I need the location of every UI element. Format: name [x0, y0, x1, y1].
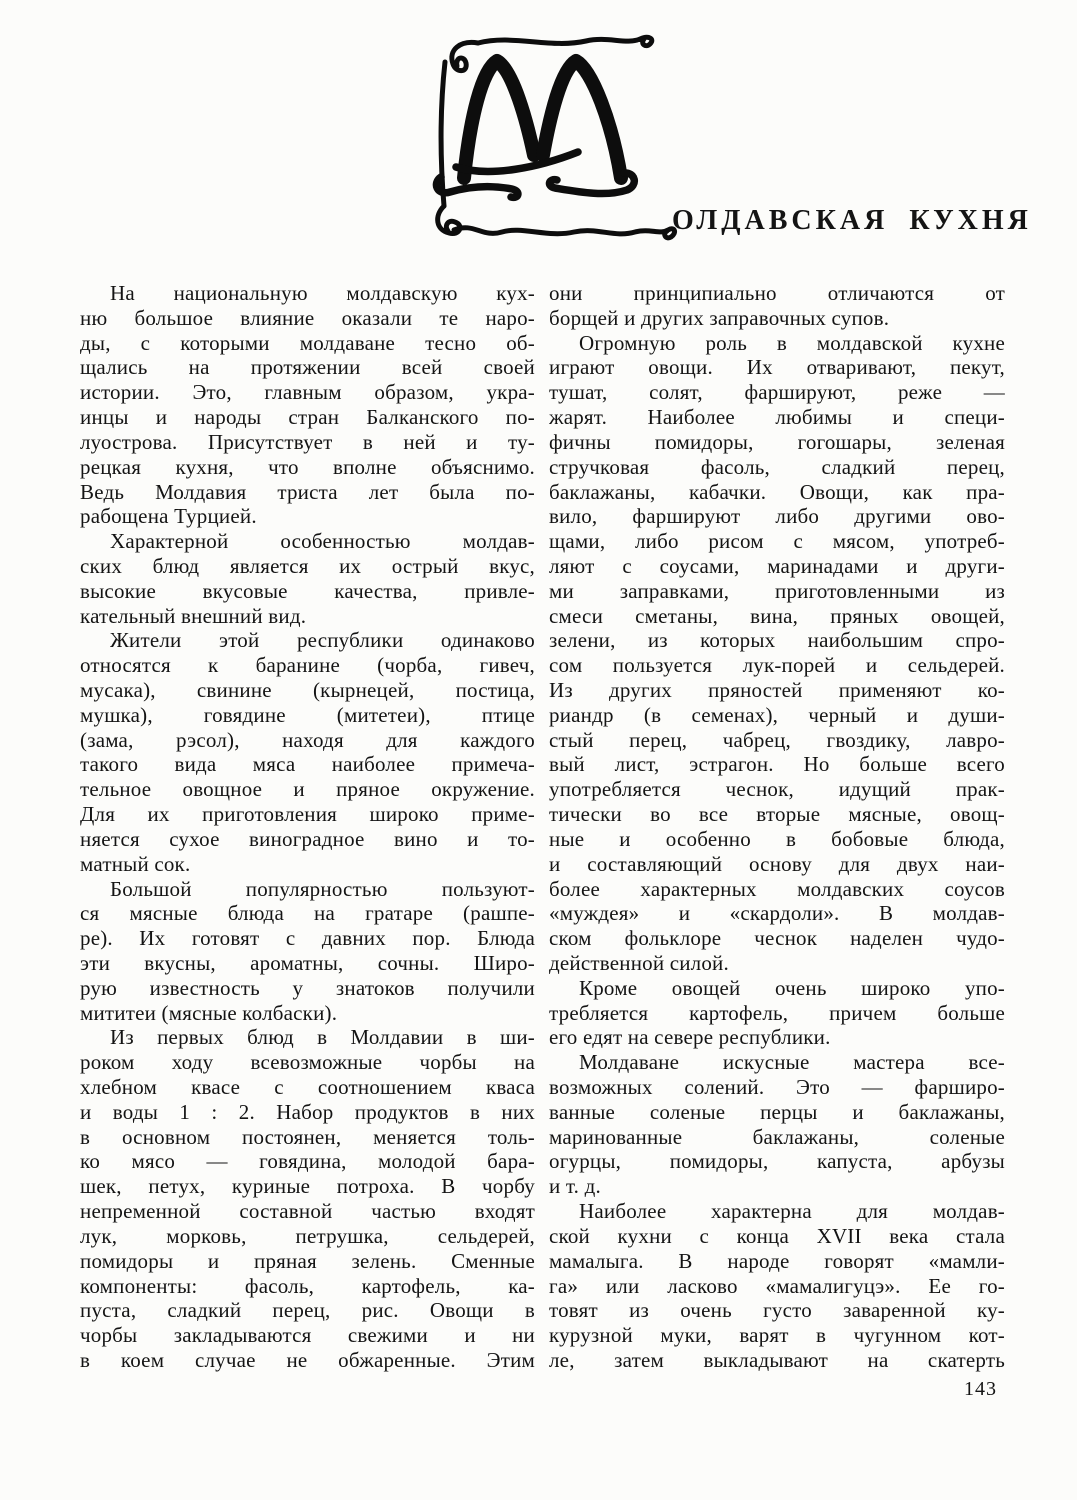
paragraph: они принципиально отличаются отборщей и … [549, 281, 1005, 331]
text-line: ды, с которыми молдаване тесно об- [80, 331, 535, 356]
text-line: Для их приготовления широко приме- [80, 802, 535, 827]
text-line: возможных солений. Это — фарширо- [549, 1075, 1005, 1100]
text-line: и воды 1 : 2. Набор продуктов в них [80, 1100, 535, 1125]
text-line: и составляющий основу для двух наи- [549, 852, 1005, 877]
paragraph: Из первых блюд в Молдавии в ши-роком ход… [80, 1025, 535, 1372]
text-columns: На национальную молдавскую кух-ню большо… [80, 281, 1006, 1373]
text-line: Огромную роль в молдавской кухне [549, 331, 1005, 356]
text-line: Из первых блюд в Молдавии в ши- [80, 1025, 535, 1050]
text-line: курузной муки, варят в чугунном кот- [549, 1323, 1005, 1348]
text-line: рабощена Турцией. [80, 504, 535, 529]
text-line: ском фольклоре чеснок наделен чудо- [549, 926, 1005, 951]
text-line: ные и особенно в бобовые блюда, [549, 827, 1005, 852]
text-line: Молдаване искусные мастера все- [549, 1050, 1005, 1075]
text-line: употребляется чеснок, идущий прак- [549, 777, 1005, 802]
text-line: риандр (в семенах), черный и души- [549, 703, 1005, 728]
text-line: рую известность у знатоков получили [80, 976, 535, 1001]
text-line: в основном постоянен, меняется толь- [80, 1125, 535, 1150]
text-line: мушка), говядине (митетеи), птице [80, 703, 535, 728]
column-right: они принципиально отличаются отборщей и … [549, 281, 1005, 1373]
text-line: ских блюд является их острый вкус, [80, 554, 535, 579]
text-line: ню большое влияние оказали те наро- [80, 306, 535, 331]
paragraph: Характерной особенностью молдав-ских блю… [80, 529, 535, 628]
text-line: ся мясные блюда на гратаре (рашпе- [80, 901, 535, 926]
text-line: более характерных молдавских соусов [549, 877, 1005, 902]
text-line: щами, либо рисом с мясом, употреб- [549, 529, 1005, 554]
book-page: ОЛДАВСКАЯ КУХНЯ На национальную молдавск… [0, 0, 1077, 1500]
text-line: няется сухое виноградное вино и то- [80, 827, 535, 852]
text-line: непременной составной частью входят [80, 1199, 535, 1224]
text-line: тически во все вторые мясные, овощ- [549, 802, 1005, 827]
text-line: Характерной особенностью молдав- [80, 529, 535, 554]
column-left: На национальную молдавскую кух-ню большо… [80, 281, 535, 1373]
text-line: мамалыга. В народе говорят «мамли- [549, 1249, 1005, 1274]
text-line: га» или ласково «мамалигуцэ». Ее го- [549, 1274, 1005, 1299]
text-line: истории. Это, главным образом, укра- [80, 380, 535, 405]
text-line: На национальную молдавскую кух- [80, 281, 535, 306]
paragraph: Молдаване искусные мастера все-возможных… [549, 1050, 1005, 1199]
text-line: матный сок. [80, 852, 535, 877]
text-line: тушат, солят, фаршируют, реже — [549, 380, 1005, 405]
text-line: ре). Их готовят с давних пор. Блюда [80, 926, 535, 951]
text-line: инцы и народы стран Балканского по- [80, 405, 535, 430]
paragraph: Кроме овощей очень широко упо-требляется… [549, 976, 1005, 1050]
text-line: тельное овощное и пряное окружение. [80, 777, 535, 802]
text-line: (зама, рэсол), находя для каждого [80, 728, 535, 753]
drop-cap-ornament [428, 26, 678, 244]
text-line: жарят. Наиболее любимы и специ- [549, 405, 1005, 430]
text-line: стручковая фасоль, сладкий перец, [549, 455, 1005, 480]
text-line: Из других пряностей применяют ко- [549, 678, 1005, 703]
text-line: относятся к баранине (чорба, гивеч, [80, 653, 535, 678]
text-line: стый перец, чабрец, гвоздику, лавро- [549, 728, 1005, 753]
text-line: кательный внешний вид. [80, 604, 535, 629]
paragraph: На национальную молдавскую кух-ню большо… [80, 281, 535, 529]
text-line: борщей и других заправочных супов. [549, 306, 1005, 331]
text-line: баклажаны, кабачки. Овощи, как пра- [549, 480, 1005, 505]
text-line: рецкая кухня, что вполне объяснимо. [80, 455, 535, 480]
text-line: луострова. Присутствует в ней и ту- [80, 430, 535, 455]
text-line: огурцы, помидоры, капуста, арбузы [549, 1149, 1005, 1174]
text-line: ванные соленые перцы и баклажаны, [549, 1100, 1005, 1125]
paragraph: Огромную роль в молдавской кухнеиграют о… [549, 331, 1005, 976]
text-line: в коем случае не обжаренные. Этим [80, 1348, 535, 1373]
text-line: щались на протяжении всей своей [80, 355, 535, 380]
text-line: маринованные баклажаны, соленые [549, 1125, 1005, 1150]
text-line: сом пользуется лук-порей и сельдерей. [549, 653, 1005, 678]
text-line: мититеи (мясные колбаски). [80, 1001, 535, 1026]
text-line: такого вида мяса наиболее примеча- [80, 752, 535, 777]
text-line: Наиболее характерна для молдав- [549, 1199, 1005, 1224]
text-line: чорбы закладываются свежими и ни [80, 1323, 535, 1348]
text-line: шек, петух, куриные потроха. В чорбу [80, 1174, 535, 1199]
paragraph: Большой популярностью пользуют-ся мясные… [80, 877, 535, 1026]
text-line: смеси сметаны, вина, пряных овощей, [549, 604, 1005, 629]
drop-cap-letter-m [436, 61, 634, 197]
chapter-title: ОЛДАВСКАЯ КУХНЯ [672, 205, 1032, 237]
text-line: и т. д. [549, 1174, 1005, 1199]
paragraph: Наиболее характерна для молдав-ской кухн… [549, 1199, 1005, 1373]
text-line: ле, затем выкладывают на скатерть [549, 1348, 1005, 1373]
text-line: «муждея» и «скардоли». В молдав- [549, 901, 1005, 926]
paragraph: Жители этой республики одинаковоотносятс… [80, 628, 535, 876]
text-line: действенной силой. [549, 951, 1005, 976]
text-line: ми заправками, приготовленными из [549, 579, 1005, 604]
text-line: помидоры и пряная зелень. Сменные [80, 1249, 535, 1274]
text-line: играют овощи. Их отваривают, пекут, [549, 355, 1005, 380]
text-line: ской кухни с конца XVII века стала [549, 1224, 1005, 1249]
text-line: хлебном квасе с соотношением кваса [80, 1075, 535, 1100]
text-line: требляется картофель, причем больше [549, 1001, 1005, 1026]
text-line: роком ходу всевозможные чорбы на [80, 1050, 535, 1075]
text-line: вый лист, эстрагон. Но больше всего [549, 752, 1005, 777]
text-line: ляют с соусами, маринадами и други- [549, 554, 1005, 579]
text-line: фичны помидоры, гогошары, зеленая [549, 430, 1005, 455]
text-line: они принципиально отличаются от [549, 281, 1005, 306]
text-line: высокие вкусовые качества, привле- [80, 579, 535, 604]
text-line: пуста, сладкий перец, рис. Овощи в [80, 1298, 535, 1323]
text-line: вило, фаршируют либо другими ово- [549, 504, 1005, 529]
text-line: Кроме овощей очень широко упо- [549, 976, 1005, 1001]
text-line: мусака), свинине (кырнецей, постица, [80, 678, 535, 703]
text-line: лук, морковь, петрушка, сельдерей, [80, 1224, 535, 1249]
text-line: зелени, из которых наибольшим спро- [549, 628, 1005, 653]
text-line: Ведь Молдавия триста лет была по- [80, 480, 535, 505]
text-line: ко мясо — говядина, молодой бара- [80, 1149, 535, 1174]
page-number: 143 [964, 1378, 997, 1401]
text-line: Большой популярностью пользуют- [80, 877, 535, 902]
text-line: Жители этой республики одинаково [80, 628, 535, 653]
text-line: его едят на севере республики. [549, 1025, 1005, 1050]
text-line: эти вкусны, ароматны, сочны. Широ- [80, 951, 535, 976]
text-line: товят из очень густо заваренной ку- [549, 1298, 1005, 1323]
text-line: компоненты: фасоль, картофель, ка- [80, 1274, 535, 1299]
